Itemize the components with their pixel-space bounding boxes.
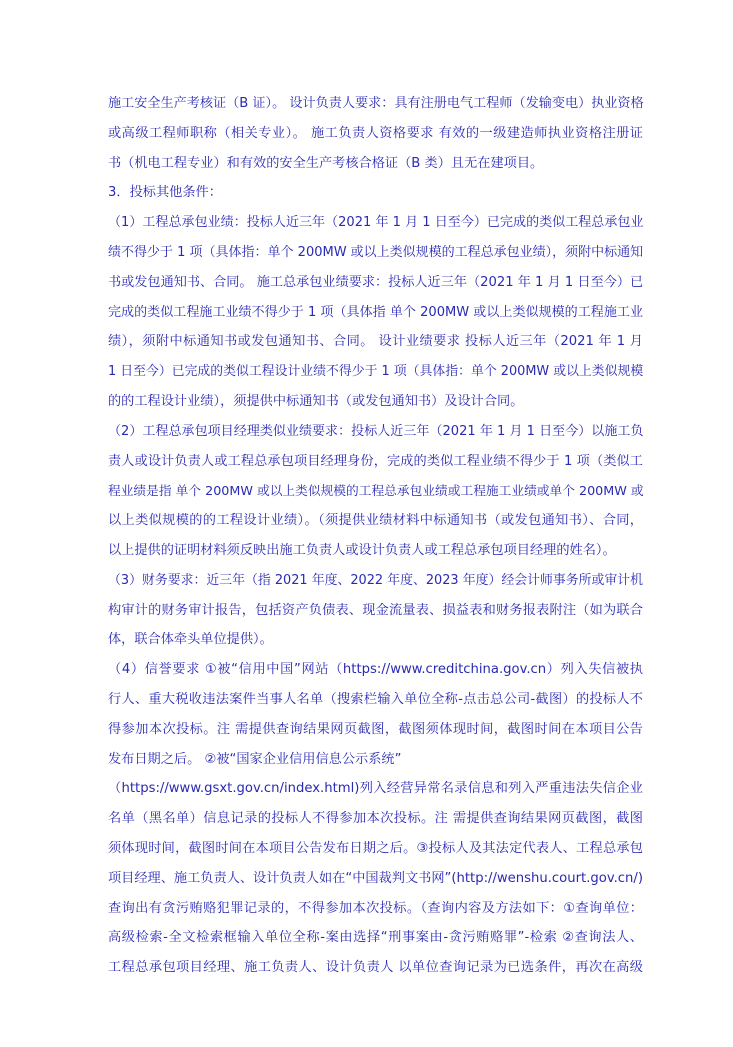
text-line: 工程总承包项目经理、施工负责人、设计负责人 以单位查询记录为已选条件，再次在高级 [108, 953, 643, 983]
text-line: 项目经理、施工负责人、设计负责人如在“中国裁判文书网”(http://wensh… [108, 864, 643, 894]
text-line: 高级检索-全文检索框输入单位全称-案由选择“刑事案由-贪污贿赂罪”-检索 ②查询… [108, 923, 643, 953]
text-line: （2）工程总承包项目经理类似业绩要求：投标人近三年（2021 年 1 月 1 日… [108, 417, 643, 447]
text-line: （https://www.gsxt.gov.cn/index.html)列入经营… [108, 774, 643, 804]
text-line: （3）财务要求：近三年（指 2021 年度、2022 年度、2023 年度）经会… [108, 566, 643, 596]
text-line: 名单（黑名单）信息记录的投标人不得参加本次投标。注 需提供查询结果网页截图，截图 [108, 804, 643, 834]
text-line: 以上提供的证明材料须反映出施工负责人或设计负责人或工程总承包项目经理的姓名）。 [108, 536, 643, 566]
document-page: 施工安全生产考核证（B 证）。 设计负责人要求：具有注册电气工程师（发输变电）执… [0, 0, 733, 1047]
document-body: 施工安全生产考核证（B 证）。 设计负责人要求：具有注册电气工程师（发输变电）执… [108, 89, 643, 983]
text-line: 查询出有贪污贿赂犯罪记录的，不得参加本次投标。（查询内容及方法如下：①查询单位： [108, 894, 643, 924]
text-line: 绩），须附中标通知书或发包通知书、合同。 设计业绩要求 投标人近三年（2021 … [108, 327, 643, 357]
text-line: 构审计的财务审计报告，包括资产负债表、现金流量表、损益表和财务报表附注（如为联合 [108, 596, 643, 626]
text-line: （1）工程总承包业绩：投标人近三年（2021 年 1 月 1 日至今）已完成的类… [108, 208, 643, 238]
text-line: 发布日期之后。 ②被“国家企业信用信息公示系统” [108, 745, 643, 775]
text-line: 或高级工程师职称（相关专业）。 施工负责人资格要求 有效的一级建造师执业资格注册… [108, 119, 643, 149]
text-line: 完成的类似工程施工业绩不得少于 1 项（具体指 单个 200MW 或以上类似规模… [108, 298, 643, 328]
text-line: 行人、重大税收违法案件当事人名单（搜索栏输入单位全称-点击总公司-截图）的投标人… [108, 685, 643, 715]
text-line: 以上类似规模的的工程设计业绩）。（须提供业绩材料中标通知书（或发包通知书）、合同… [108, 506, 643, 536]
text-line: 须体现时间，截图时间在本项目公告发布日期之后。③投标人及其法定代表人、工程总承包 [108, 834, 643, 864]
text-line: 书或发包通知书、合同。 施工总承包业绩要求：投标人近三年（2021 年 1 月 … [108, 268, 643, 298]
text-line: 体，联合体牵头单位提供）。 [108, 625, 643, 655]
text-line: （4）信誉要求 ①被“信用中国”网站（https://www.creditchi… [108, 655, 643, 685]
text-line: 的的工程设计业绩），须提供中标通知书（或发包通知书）及设计合同。 [108, 387, 643, 417]
text-line: 施工安全生产考核证（B 证）。 设计负责人要求：具有注册电气工程师（发输变电）执… [108, 89, 643, 119]
text-line: 绩不得少于 1 项（具体指：单个 200MW 或以上类似规模的工程总承包业绩），… [108, 238, 643, 268]
text-line: 书（机电工程专业）和有效的安全生产考核合格证（B 类）且无在建项目。 [108, 149, 643, 179]
section-heading: 3．投标其他条件： [108, 178, 643, 208]
text-line: 得参加本次投标。注 需提供查询结果网页截图，截图须体现时间，截图时间在本项目公告 [108, 715, 643, 745]
text-line: 1 日至今）已完成的类似工程设计业绩不得少于 1 项（具体指：单个 200MW … [108, 357, 643, 387]
text-line: 程业绩是指 单个 200MW 或以上类似规模的工程总承包业绩或工程施工业绩或单个… [108, 476, 643, 506]
text-line: 责人或设计负责人或工程总承包项目经理身份，完成的类似工程业绩不得少于 1 项（类… [108, 447, 643, 477]
